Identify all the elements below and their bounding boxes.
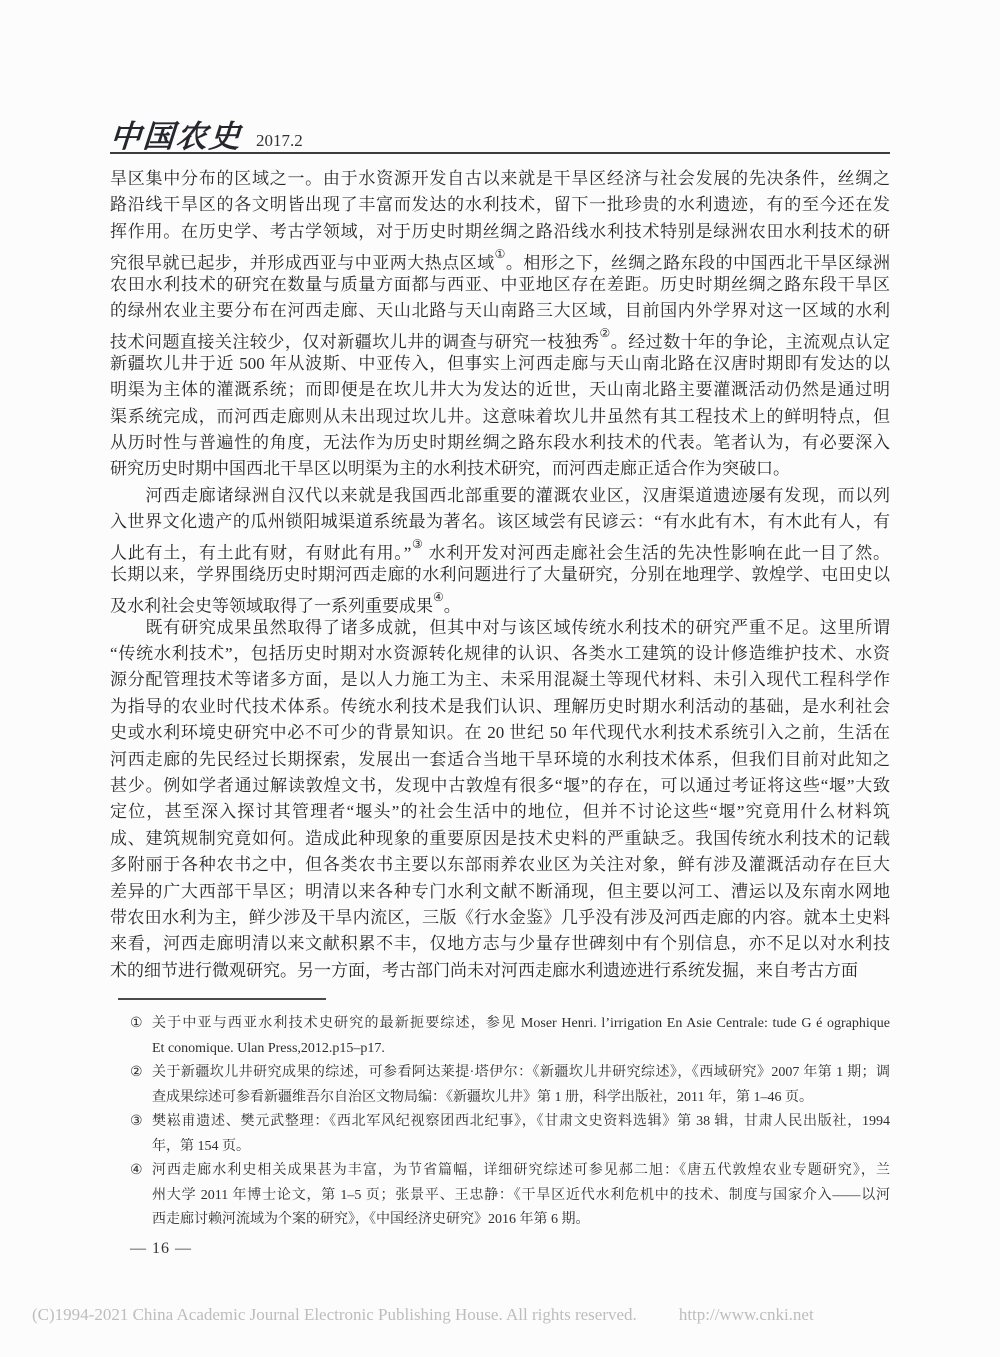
text-line: 来看，河西走廊明清以来文献积累不丰，仅地方志与少量存世碑刻中有个别信息，亦不足以…	[110, 931, 890, 957]
footnote-line: 樊崧甫遗述、樊元武整理：《西北军风纪视察团西北纪事》，《甘肃文史资料选辑》第 3…	[152, 1110, 890, 1135]
text-line: 史或水利环境史研究中必不可少的背景知识。在 20 世纪 50 年代现代水利技术系…	[110, 720, 890, 746]
page-header: 中国农史 2017.2	[110, 112, 890, 152]
text-line: 的绿州农业主要分布在河西走廊、天山北路与天山南路三大区域，目前国内外学界对这一区…	[110, 298, 890, 324]
journal-logo: 中国农史	[109, 121, 243, 152]
text-line: 既有研究成果虽然取得了诸多成就，但其中对与该区域传统水利技术的研究严重不足。这里…	[110, 615, 890, 641]
paragraph: 旱区集中分布的区域之一。由于水资源开发自古以来就是干旱区经济与社会发展的先决条件…	[110, 166, 890, 483]
text-line: 多附丽于各种农书之中，但各类农书主要以东部雨养农业区为关注对象，鲜有涉及灌溉活动…	[110, 852, 890, 878]
text-line: 研究历史时期中国西北干旱区以明渠为主的水利技术研究，而河西走廊正适合作为突破口。	[110, 456, 890, 482]
footnote-list: ①关于中亚与西亚水利技术史研究的最新扼要综述，参见 Moser Henri. l…	[130, 1012, 890, 1233]
footnote-line: 查成果综述可参看新疆维吾尔自治区文物局编：《新疆坎儿井》第 1 册，科学出版社，…	[152, 1086, 890, 1111]
footnote-line: 年，第 154 页。	[152, 1135, 890, 1160]
text-line: 技术问题直接关注较少，仅对新疆坎儿井的调查与研究一枝独秀②。经过数十年的争论，主…	[110, 324, 890, 350]
article-body: 旱区集中分布的区域之一。由于水资源开发自古以来就是干旱区经济与社会发展的先决条件…	[110, 166, 890, 984]
footnote-marker: ④	[130, 1159, 143, 1184]
text-line: 渠系统完成，而河西走廊则从未出现过坎儿井。这意味着坎儿井虽然有其工程技术上的鲜明…	[110, 404, 890, 430]
footnote-ref: ④	[433, 590, 444, 604]
text-line: 源分配管理技术等诸多方面，是以人力施工为主、未采用混凝土等现代材料、未引入现代工…	[110, 667, 890, 693]
journal-issue: 2017.2	[256, 132, 303, 152]
footnote-ref: ③	[411, 537, 423, 551]
page-number: — 16 —	[130, 1240, 192, 1258]
footnote-line: 西走廊讨赖河流域为个案的研究》，《中国经济史研究》2016 年第 6 期。	[152, 1208, 890, 1233]
text-line: 挥作用。在历史学、考古学领域，对于历史时期丝绸之路沿线水利技术特别是绿洲农田水利…	[110, 219, 890, 245]
footnote-item: ④河西走廊水利史相关成果甚为丰富，为节省篇幅，详细研究综述可参见郝二旭：《唐五代…	[130, 1159, 890, 1233]
footnote-line: 关于新疆坎儿井研究成果的综述，可参看阿达莱提·塔伊尔：《新疆坎儿井研究综述》，《…	[152, 1061, 890, 1086]
copyright-text: (C)1994-2021 China Academic Journal Elec…	[32, 1305, 637, 1324]
footnote-ref: ①	[495, 247, 506, 261]
text-line: 究很早就已起步，并形成西亚与中亚两大热点区域①。相形之下，丝绸之路东段的中国西北…	[110, 245, 890, 271]
footnote-divider	[118, 998, 326, 1000]
footnote-line: 关于中亚与西亚水利技术史研究的最新扼要综述，参见 Moser Henri. l’…	[152, 1012, 890, 1037]
footnote-line: 河西走廊水利史相关成果甚为丰富，为节省篇幅，详细研究综述可参见郝二旭：《唐五代敦…	[152, 1159, 890, 1184]
text-line: 农田水利技术的研究在数量与质量方面都与西亚、中亚地区存在差距。历史时期丝绸之路东…	[110, 272, 890, 298]
footnote-line: Et conomique. Ulan Press,2012.p15–p17.	[152, 1037, 890, 1062]
text-line: 成、建筑规制究竟如何。造成此种现象的重要原因是技术史料的严重缺乏。我国传统水利技…	[110, 826, 890, 852]
text-line: 新疆坎儿井于近 500 年从波斯、中亚传入，但事实上河西走廊与天山南北路在汉唐时…	[110, 351, 890, 377]
paragraph: 既有研究成果虽然取得了诸多成就，但其中对与该区域传统水利技术的研究严重不足。这里…	[110, 615, 890, 984]
text-line: 长期以来，学界围绕历史时期河西走廊的水利问题进行了大量研究，分别在地理学、敦煌学…	[110, 562, 890, 588]
text-line: 人此有土，有土此有财，有财此有用。”③ 水利开发对河西走廊社会生活的先决性影响在…	[110, 535, 890, 561]
text-line: “传统水利技术”，包括历史时期对水资源转化规律的认识、各类水工建筑的设计修造维护…	[110, 641, 890, 667]
text-line: 河西走廊的先民经过长期探索，发展出一套适合当地干旱环境的水利技术体系，但我们目前…	[110, 747, 890, 773]
text-line: 明渠为主体的灌溉系统；而即便是在坎儿井大为发达的近世，天山南北路主要灌溉活动仍然…	[110, 377, 890, 403]
copyright-notice: (C)1994-2021 China Academic Journal Elec…	[32, 1305, 972, 1325]
journal-page: 中国农史 2017.2 旱区集中分布的区域之一。由于水资源开发自古以来就是干旱区…	[0, 0, 1000, 1357]
footnote-marker: ③	[130, 1110, 143, 1135]
text-line: 带农田水利为主，鲜少涉及干旱内流区，三版《行水金鉴》几乎没有涉及河西走廊的内容。…	[110, 905, 890, 931]
text-line: 差异的广大西部干旱区；明清以来各种专门水利文献不断涌现，但主要以河工、漕运以及东…	[110, 879, 890, 905]
text-line: 从历时性与普遍性的角度，无法作为历史时期丝绸之路东段水利技术的代表。笔者认为，有…	[110, 430, 890, 456]
text-line: 河西走廊诸绿洲自汉代以来就是我国西北部重要的灌溉农业区，汉唐渠道遗迹屡有发现，而…	[110, 483, 890, 509]
text-line: 旱区集中分布的区域之一。由于水资源开发自古以来就是干旱区经济与社会发展的先决条件…	[110, 166, 890, 192]
text-line: 及水利社会史等领域取得了一系列重要成果④。	[110, 588, 890, 614]
footnote-item: ③樊崧甫遗述、樊元武整理：《西北军风纪视察团西北纪事》，《甘肃文史资料选辑》第 …	[130, 1110, 890, 1159]
footnote-marker: ①	[130, 1012, 143, 1037]
footnote-marker: ②	[130, 1061, 143, 1086]
text-line: 为指导的农业时代技术体系。传统水利技术是我们认识、理解历史时期水利活动的基础，是…	[110, 694, 890, 720]
footnote-item: ②关于新疆坎儿井研究成果的综述，可参看阿达莱提·塔伊尔：《新疆坎儿井研究综述》，…	[130, 1061, 890, 1110]
header-divider	[110, 152, 890, 154]
paragraph: 河西走廊诸绿洲自汉代以来就是我国西北部重要的灌溉农业区，汉唐渠道遗迹屡有发现，而…	[110, 483, 890, 615]
footnote-ref: ②	[600, 326, 611, 340]
text-line: 甚少。例如学者通过解读敦煌文书，发现中古敦煌有很多“堰”的存在，可以通过考证将这…	[110, 773, 890, 799]
text-line: 术的细节进行微观研究。另一方面，考古部门尚未对河西走廊水利遗迹进行系统发掘，来自…	[110, 958, 890, 984]
text-line: 定位，甚至深入探讨其管理者“堰头”的社会生活中的地位，但并不讨论这些“堰”究竟用…	[110, 799, 890, 825]
footnote-item: ①关于中亚与西亚水利技术史研究的最新扼要综述，参见 Moser Henri. l…	[130, 1012, 890, 1061]
footnote-line: 州大学 2011 年博士论文，第 1–5 页；张景平、王忠静：《干旱区近代水利危…	[152, 1184, 890, 1209]
text-line: 入世界文化遗产的瓜州锁阳城渠道系统最为著名。该区域尝有民谚云：“有水此有木，有木…	[110, 509, 890, 535]
text-line: 路沿线干旱区的各文明皆出现了丰富而发达的水利技术，留下一批珍贵的水利遗迹，有的至…	[110, 192, 890, 218]
site-url: http://www.cnki.net	[679, 1305, 814, 1324]
